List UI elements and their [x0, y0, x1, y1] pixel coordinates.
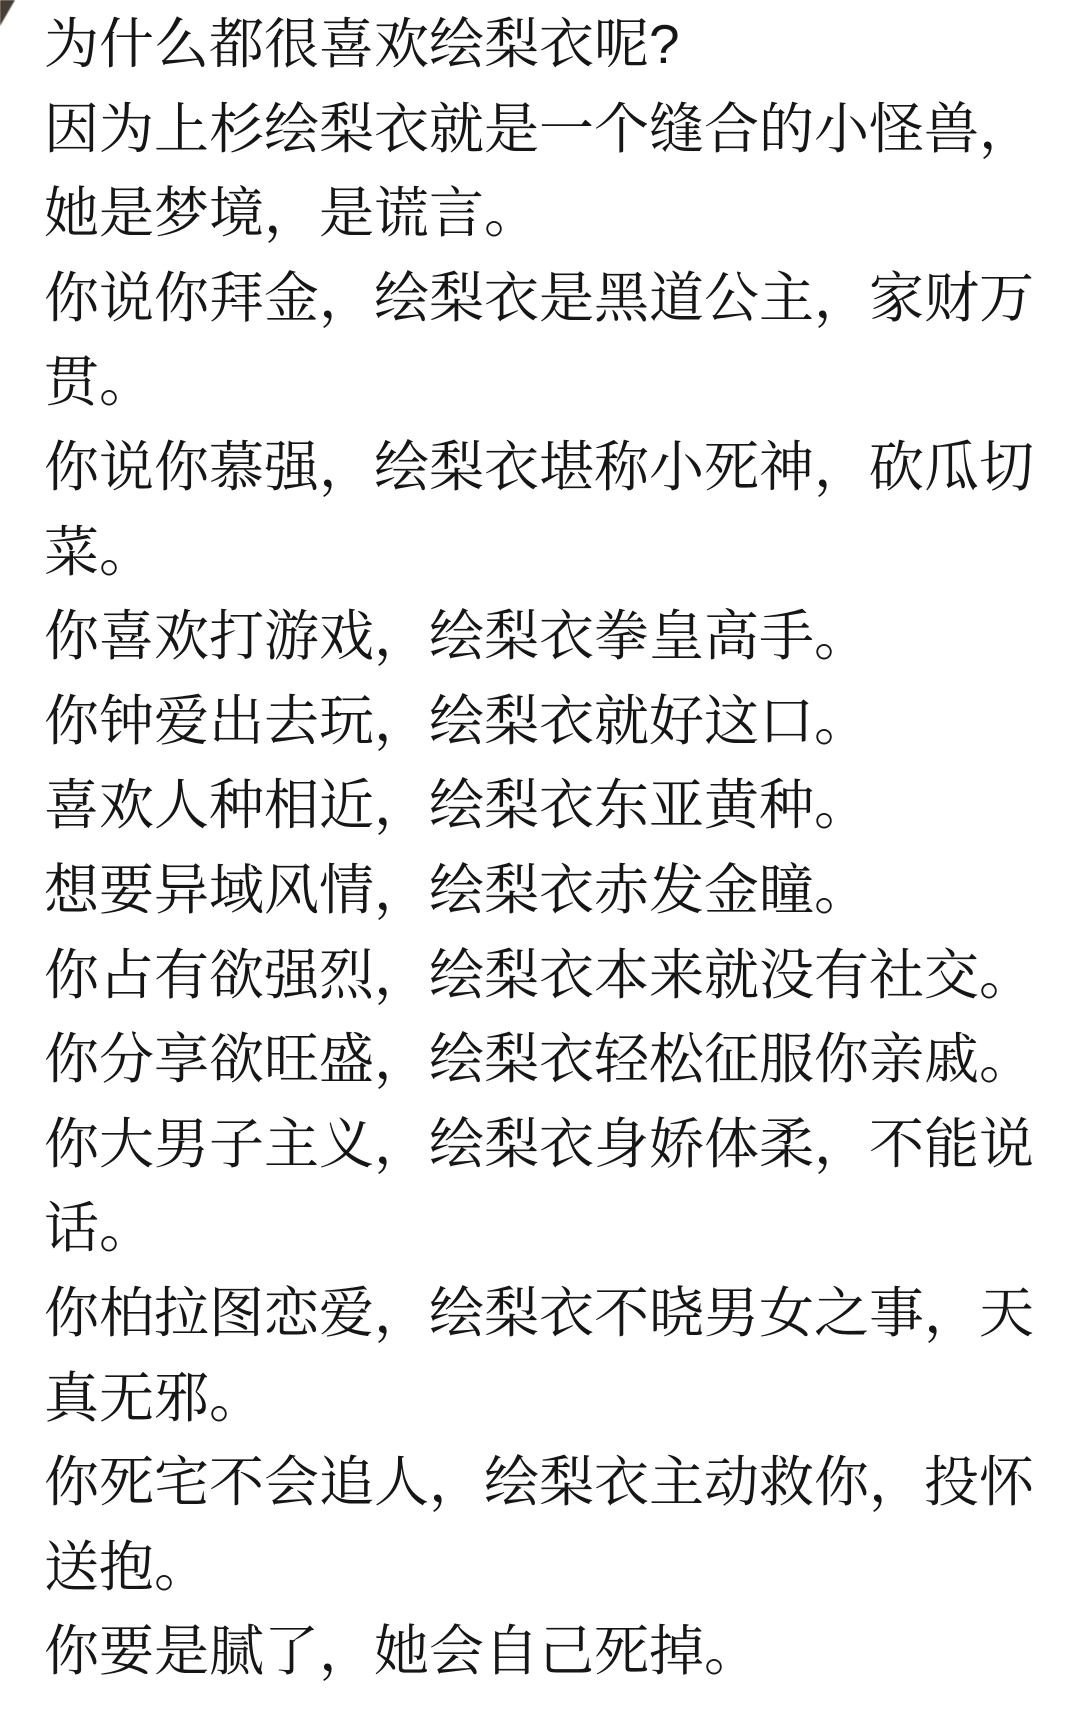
text-line: 你钟爱出去玩，绘梨衣就好这口。 — [44, 679, 1046, 764]
text-line: 真无邪。 — [44, 1356, 1046, 1441]
text-line: 她是梦境，是谎言。 — [44, 171, 1046, 256]
text-line: 你柏拉图恋爱，绘梨衣不晓男女之事，天 — [44, 1271, 1046, 1356]
text-line: 为什么都很喜欢绘梨衣呢? — [44, 2, 1046, 87]
text-line: 你大男子主义，绘梨衣身娇体柔，不能说 — [44, 1102, 1046, 1187]
text-line: 你死宅不会追人，绘梨衣主动救你，投怀 — [44, 1440, 1046, 1525]
text-line: 因为上杉绘梨衣就是一个缝合的小怪兽， — [44, 87, 1046, 172]
post-text: 为什么都很喜欢绘梨衣呢? 因为上杉绘梨衣就是一个缝合的小怪兽， 她是梦境，是谎言… — [44, 2, 1046, 1694]
text-line: 送抱。 — [44, 1525, 1046, 1610]
text-line: 喜欢人种相近，绘梨衣东亚黄种。 — [44, 763, 1046, 848]
text-line: 想要异域风情，绘梨衣赤发金瞳。 — [44, 848, 1046, 933]
text-line: 贯。 — [44, 340, 1046, 425]
photo-corner-sliver — [0, 0, 15, 26]
text-line: 你说你慕强，绘梨衣堪称小死神，砍瓜切 — [44, 425, 1046, 510]
text-line: 话。 — [44, 1186, 1046, 1271]
text-line: 菜。 — [44, 510, 1046, 595]
post-card: 为什么都很喜欢绘梨衣呢? 因为上杉绘梨衣就是一个缝合的小怪兽， 她是梦境，是谎言… — [0, 0, 1080, 1726]
text-line: 你分享欲旺盛，绘梨衣轻松征服你亲戚。 — [44, 1017, 1046, 1102]
text-line: 你喜欢打游戏，绘梨衣拳皇高手。 — [44, 594, 1046, 679]
text-line: 你占有欲强烈，绘梨衣本来就没有社交。 — [44, 933, 1046, 1018]
text-line: 你说你拜金，绘梨衣是黑道公主，家财万 — [44, 256, 1046, 341]
text-line: 你要是腻了，她会自己死掉。 — [44, 1609, 1046, 1694]
